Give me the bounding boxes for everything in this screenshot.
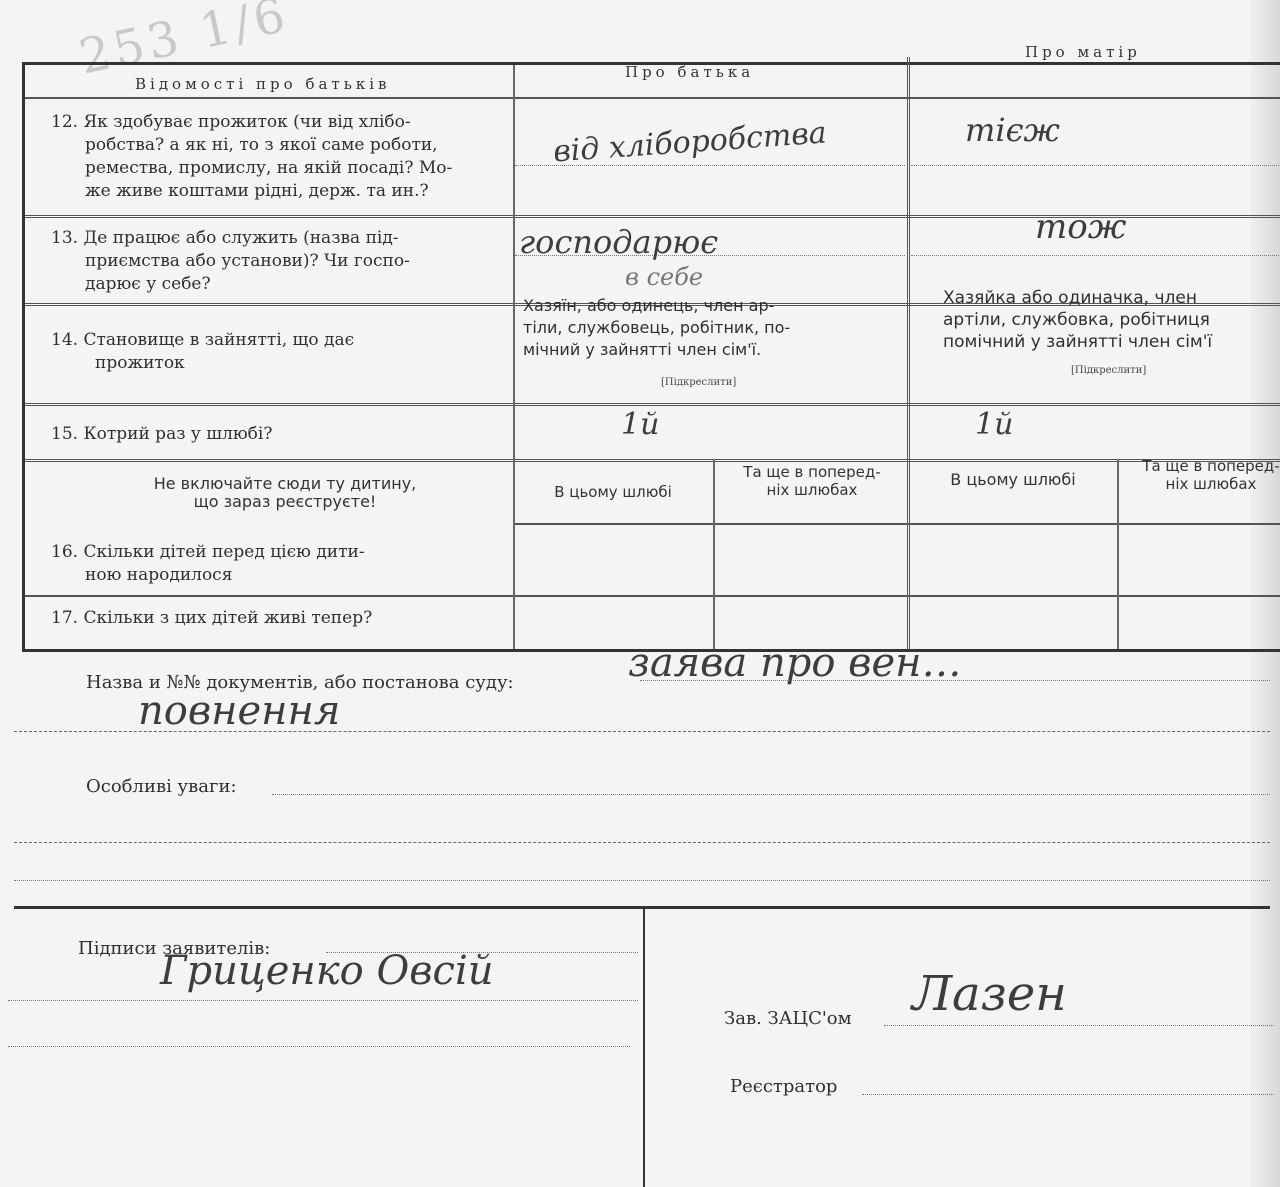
notes-line (272, 794, 1270, 795)
zags-head-signature: Лазен (912, 966, 1067, 1022)
question-14: 14. Становище в зайнятті, що дає прожито… (51, 329, 354, 375)
notes-line-2 (14, 842, 1270, 843)
father-underline-note: [Підкреслити] (661, 377, 736, 388)
divider (25, 595, 1280, 597)
divider (513, 65, 515, 649)
father-answer-12: від хліборобства (552, 115, 828, 169)
divider (907, 57, 910, 649)
applicants-line-2 (8, 1000, 638, 1001)
zags-head-label: Зав. ЗАЦС'ом (724, 1008, 852, 1029)
registrar-label: Реєстратор (730, 1076, 837, 1097)
registrar-line (862, 1094, 1274, 1095)
divider (14, 906, 1270, 909)
children-note: Не включайте сюди ту дитину, що зараз ре… (85, 475, 485, 511)
mother-underline-note: [Підкреслити] (1071, 365, 1146, 376)
notes-line-3 (14, 880, 1270, 881)
mother-answer-13: тож (1035, 207, 1126, 247)
question-12: 12. Як здобуває прожиток (чи від хлібо- … (51, 111, 452, 203)
applicants-line-3 (8, 1046, 630, 1047)
mother-status-options: Хазяйка або одиначка, член артіли, служб… (943, 287, 1280, 353)
header-mother: Про матір (1025, 43, 1141, 61)
mother-answer-12: тієж (965, 111, 1060, 149)
documents-line (640, 680, 1270, 681)
father-this-marriage-header: В цьому шлюбі (517, 483, 709, 501)
parents-info-table: Відомості про батьків Про батька Про мат… (22, 62, 1280, 652)
mother-this-marriage-header: В цьому шлюбі (913, 471, 1113, 489)
divider (513, 523, 1280, 525)
mother-answer-15: 1й (975, 407, 1013, 442)
header-section: Відомості про батьків (135, 75, 391, 93)
father-status-options: Хазяїн, або одинець, член ар- тіли, служ… (523, 295, 903, 361)
divider (25, 97, 1280, 99)
father-prev-marriages-header: Та ще в поперед- ніх шлюбах (717, 463, 907, 499)
answer-line (911, 165, 1280, 166)
applicants-signature: Гриценко Овсій (160, 948, 494, 994)
father-answer-15: 1й (621, 407, 659, 442)
divider (643, 906, 645, 1187)
mother-prev-marriages-header: Та ще в поперед- ніх шлюбах (1121, 457, 1280, 493)
answer-line (911, 255, 1280, 256)
father-answer-13: господарює (519, 223, 718, 261)
father-answer-13-line2: в себе (625, 263, 703, 291)
question-17: 17. Скільки з цих дітей живі тепер? (51, 607, 372, 630)
divider (1117, 459, 1119, 649)
notes-label: Особливі уваги: (86, 776, 237, 797)
question-13: 13. Де працює або служить (назва під- пр… (51, 227, 410, 296)
question-16: 16. Скільки дітей перед цією дити- ною н… (51, 541, 365, 587)
divider (713, 459, 715, 649)
divider (25, 403, 1280, 406)
documents-line-2 (14, 731, 1270, 732)
documents-value-line2: повнення (138, 688, 340, 734)
divider (25, 459, 1280, 462)
question-15: 15. Котрий раз у шлюбі? (51, 423, 272, 446)
header-father: Про батька (625, 63, 754, 81)
zags-head-line (884, 1025, 1274, 1026)
